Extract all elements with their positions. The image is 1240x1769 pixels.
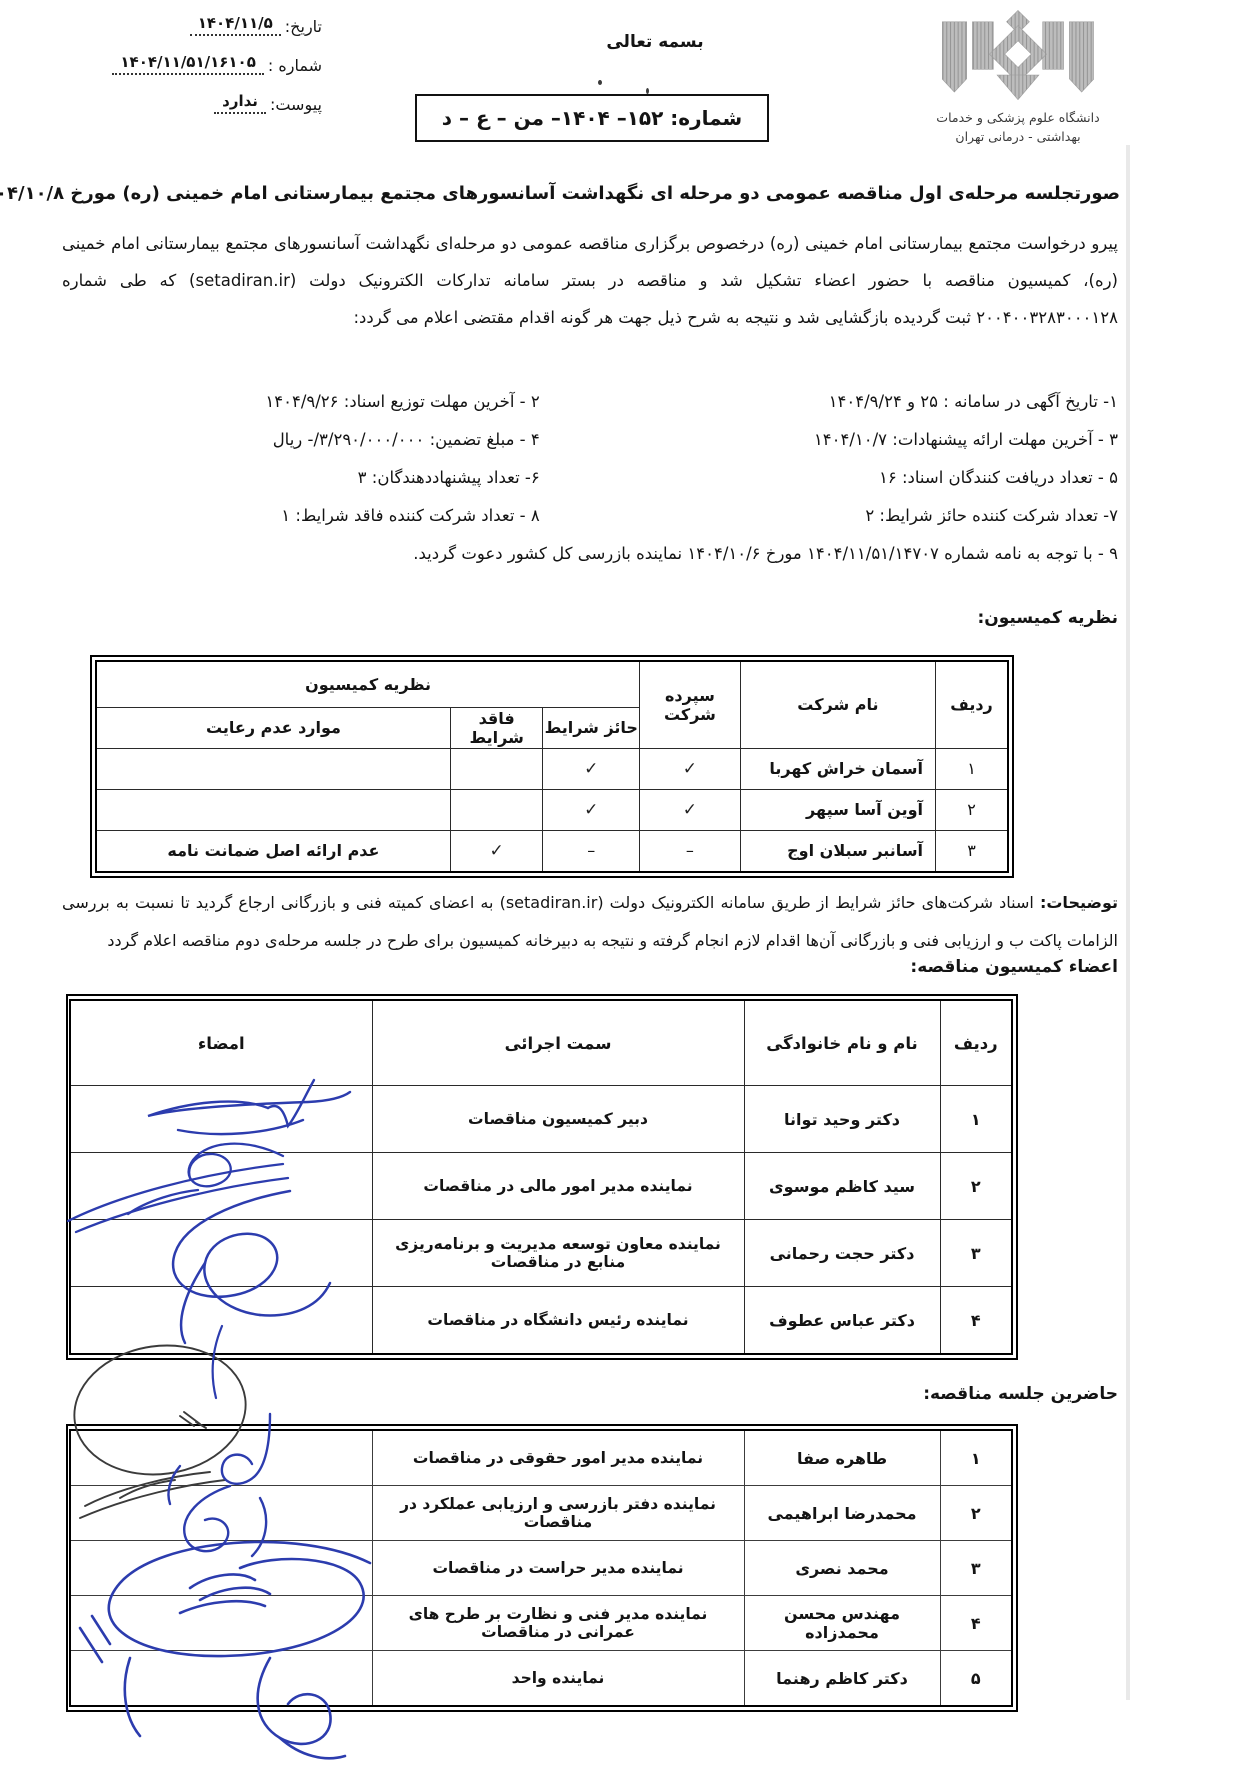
opinion-table: ردیف نام شرکت سپرده شرکت نظریه کمیسیون ح… [95,660,1009,873]
row-number: ۲ [940,1486,1012,1541]
violations-cell [96,789,450,830]
row-number: ۳ [940,1541,1012,1596]
attendee-role: نماینده مدیر فنی و نظارت بر طرح های عمرا… [372,1596,744,1651]
attendee-name: طاهره صفا [744,1430,940,1486]
member-name: دکتر حجت رحمانی [744,1220,940,1287]
row-number: ۱ [936,748,1008,789]
member-name: دکتر وحید توانا [744,1086,940,1153]
attendee-role: نماینده واحد [372,1651,744,1707]
col-header-violations: موارد عدم رعایت [96,707,450,748]
col-header-company: نام شرکت [740,661,935,748]
signature-cell [70,1541,372,1596]
document-title: صورتجلسه مرحله‌ی اول مناقصه عمومی دو مرح… [58,183,1120,204]
col-header-deposit: سپرده شرکت [640,661,741,748]
scan-artifact-streak [1126,145,1130,1700]
company-name: آسانبر سبلان اوج [740,830,935,872]
members-heading: اعضاء کمیسیون مناقصه: [910,957,1118,977]
col-header-qualified: حائز شرایط [543,707,640,748]
logo-caption-line1: دانشگاه علوم پزشکی و خدمات [922,108,1114,127]
row-number: ۱ [940,1086,1012,1153]
intro-paragraph: پیرو درخواست مجتمع بیمارستانی امام خمینی… [62,225,1118,336]
attendees-heading: حاضرین جلسه مناقصه: [923,1384,1118,1404]
company-name: آوین آسا سپهر [740,789,935,830]
besmele-text: بسمه تعالی [420,32,890,52]
qualified-check: ✓ [543,748,640,789]
member-role: نماینده معاون توسعه مدیریت و برنامه‌ریزی… [372,1220,744,1287]
scanned-document-page: تاریخ: ۱۴۰۴/۱۱/۵ شماره : ۱۴۰۴/۱۱/۵۱/۱۶۱۰… [0,0,1240,1769]
logo-caption: دانشگاه علوم پزشکی و خدمات بهداشتی - درم… [922,108,1114,147]
table-row: ۲ آوین آسا سپهر ✓ ✓ [96,789,1008,830]
signature-cell [70,1651,372,1707]
list-item: ۱- تاریخ آگهی در سامانه : ۲۵ و ۱۴۰۴/۹/۲۴ [548,392,1118,411]
signature-cell [70,1220,372,1287]
attendee-role: نماینده دفتر بازرسی و ارزیابی عملکرد در … [372,1486,744,1541]
date-value: ۱۴۰۴/۱۱/۵ [190,14,281,36]
col-header-row-number: ردیف [940,1000,1012,1086]
reference-number-box: شماره: ۱۵۲– ۱۴۰۴– من – ع – د [415,94,769,142]
table-row: ۳ دکتر حجت رحمانی نماینده معاون توسعه مد… [70,1220,1012,1287]
opinion-table-frame: ردیف نام شرکت سپرده شرکت نظریه کمیسیون ح… [90,655,1014,878]
deposit-dash: – [640,830,741,872]
date-label: تاریخ: [285,17,322,36]
signature-cell [70,1153,372,1220]
col-header-fullname: نام و نام خانوادگی [744,1000,940,1086]
logo-caption-line2: بهداشتی - درمانی تهران [922,127,1114,146]
signature-cell [70,1486,372,1541]
unqualified-check: ✓ [450,830,543,872]
number-line: شماره : ۱۴۰۴/۱۱/۵۱/۱۶۱۰۵ [22,53,322,75]
signature-cell [70,1086,372,1153]
col-header-opinion-group: نظریه کمیسیون [96,661,640,707]
table-row: ۴ مهندس محسن محمدزاده نماینده مدیر فنی و… [70,1596,1012,1651]
table-row: ۵ دکتر کاظم رهنما نماینده واحد [70,1651,1012,1707]
number-label: شماره : [268,56,322,75]
row-number: ۴ [940,1287,1012,1355]
letterhead-date-block: تاریخ: ۱۴۰۴/۱۱/۵ شماره : ۱۴۰۴/۱۱/۵۱/۱۶۱۰… [22,14,322,131]
row-number: ۴ [940,1596,1012,1651]
table-row: ۲ سید کاظم موسوی نماینده مدیر امور مالی … [70,1153,1012,1220]
list-item: ۵ - تعداد دریافت کنندگان اسناد: ۱۶ [548,468,1118,487]
unqualified-cell [450,748,543,789]
list-item: ۸ - تعداد شرکت کننده فاقد شرایط: ۱ [54,506,540,525]
list-item: ۶- تعداد پیشنهاددهندگان: ۳ [54,468,540,487]
signature-cell [70,1596,372,1651]
list-item: ۷- تعداد شرکت کننده حائز شرایط: ۲ [548,506,1118,525]
list-item: ۳ - آخرین مهلت ارائه پیشنهادات: ۱۴۰۴/۱۰/… [548,430,1118,449]
notes-text: اسناد شرکت‌های حائز شرایط از طریق سامانه… [62,893,1118,950]
members-table-frame: ردیف نام و نام خانوادگی سمت اجرائی امضاء… [66,994,1018,1360]
list-item: ۴ - مبلغ تضمین: ۳/۲۹۰/۰۰۰/۰۰۰/- ریال [54,430,540,449]
attendees-table: ۱ طاهره صفا نماینده مدیر امور حقوقی در م… [69,1429,1013,1707]
member-role: دبیر کمیسیون مناقصات [372,1086,744,1153]
members-table: ردیف نام و نام خانوادگی سمت اجرائی امضاء… [69,999,1013,1355]
deposit-check: ✓ [640,789,741,830]
col-header-unqualified: فاقد شرایط [450,707,543,748]
table-row: ۱ دکتر وحید توانا دبیر کمیسیون مناقصات [70,1086,1012,1153]
row-number: ۳ [936,830,1008,872]
table-row: ۱ آسمان خراش کهربا ✓ ✓ [96,748,1008,789]
qualified-dash: – [543,830,640,872]
unqualified-cell [450,789,543,830]
col-header-role: سمت اجرائی [372,1000,744,1086]
pen-dot-mark [598,80,602,85]
notes-label: توضیحات: [1040,893,1118,912]
table-row: ۳ محمد نصری نماینده مدیر حراست در مناقصا… [70,1541,1012,1596]
list-item: ۲ - آخرین مهلت توزیع اسناد: ۱۴۰۴/۹/۲۶ [54,392,540,411]
signature-cell [70,1430,372,1486]
attachment-label: پیوست: [270,95,322,114]
attachment-value: ندارد [214,92,266,114]
company-name: آسمان خراش کهربا [740,748,935,789]
qualified-check: ✓ [543,789,640,830]
attendees-table-frame: ۱ طاهره صفا نماینده مدیر امور حقوقی در م… [66,1424,1018,1712]
attendee-name: محمد نصری [744,1541,940,1596]
tender-facts-list: ۱- تاریخ آگهی در سامانه : ۲۵ و ۱۴۰۴/۹/۲۴… [62,392,1118,563]
attendee-role: نماینده مدیر امور حقوقی در مناقصات [372,1430,744,1486]
violations-cell: عدم ارائه اصل ضمانت نامه [96,830,450,872]
row-number: ۱ [940,1430,1012,1486]
attendee-role: نماینده مدیر حراست در مناقصات [372,1541,744,1596]
violations-cell [96,748,450,789]
notes-paragraph: توضیحات: اسناد شرکت‌های حائز شرایط از طر… [62,884,1118,960]
member-name: سید کاظم موسوی [744,1153,940,1220]
date-line: تاریخ: ۱۴۰۴/۱۱/۵ [22,14,322,36]
opinion-heading: نظریه کمیسیون: [977,608,1118,628]
list-item: ۹ - با توجه به نامه شماره ۱۴۰۴/۱۱/۵۱/۱۴۷… [54,544,1118,563]
attendee-name: محمدرضا ابراهیمی [744,1486,940,1541]
col-header-row-number: ردیف [936,661,1008,748]
table-row: ۴ دکتر عباس عطوف نماینده رئیس دانشگاه در… [70,1287,1012,1355]
signature-cell [70,1287,372,1355]
row-number: ۵ [940,1651,1012,1707]
university-logo [942,10,1094,102]
attachment-line: پیوست: ندارد [22,92,322,114]
table-row: ۱ طاهره صفا نماینده مدیر امور حقوقی در م… [70,1430,1012,1486]
member-role: نماینده رئیس دانشگاه در مناقصات [372,1287,744,1355]
member-name: دکتر عباس عطوف [744,1287,940,1355]
col-header-signature: امضاء [70,1000,372,1086]
attendee-name: دکتر کاظم رهنما [744,1651,940,1707]
attendee-name: مهندس محسن محمدزاده [744,1596,940,1651]
row-number: ۳ [940,1220,1012,1287]
university-letterhead: دانشگاه علوم پزشکی و خدمات بهداشتی - درم… [922,10,1114,147]
member-role: نماینده مدیر امور مالی در مناقصات [372,1153,744,1220]
number-value: ۱۴۰۴/۱۱/۵۱/۱۶۱۰۵ [112,53,263,75]
table-row: ۳ آسانبر سبلان اوج – – ✓ عدم ارائه اصل ض… [96,830,1008,872]
row-number: ۲ [936,789,1008,830]
table-row: ۲ محمدرضا ابراهیمی نماینده دفتر بازرسی و… [70,1486,1012,1541]
deposit-check: ✓ [640,748,741,789]
row-number: ۲ [940,1153,1012,1220]
